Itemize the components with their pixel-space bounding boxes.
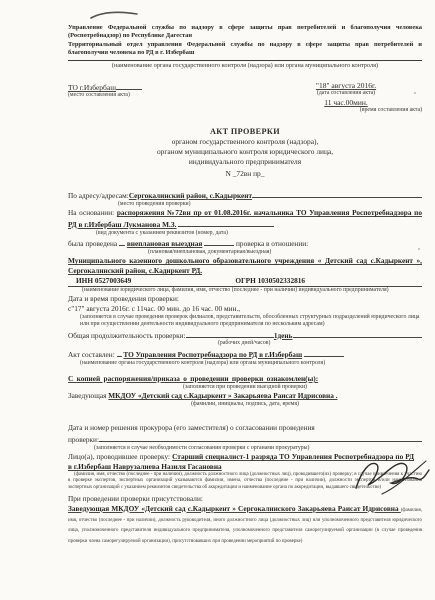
address-underline-fill bbox=[252, 189, 422, 198]
scanned-document-page: Управление Федеральной службы по надзору… bbox=[0, 0, 435, 600]
address-line: По адресу/адресам: Сергокалинский район,… bbox=[68, 189, 422, 201]
duration-line: Общая продолжительность проверки: 1день bbox=[68, 329, 422, 341]
act-date-value: "18" августа 2016г. bbox=[316, 81, 376, 90]
present-caption: (фамилия, имя, отчество (последнее - при… bbox=[68, 508, 422, 544]
inspection-datetime-caption: (заполняется в случае проведения проверо… bbox=[80, 314, 422, 329]
place-value: ТО г.Избербаш bbox=[68, 83, 116, 92]
ogrn-value: ОГРН 1030502332816 bbox=[235, 276, 305, 286]
meta-row: ТО г.Избербаш (место составления акта) "… bbox=[68, 81, 422, 114]
title-subline-2: органом муниципального контроля юридичес… bbox=[68, 147, 422, 157]
head-caption: (фамилии, инициалы, подпись, дата, время… bbox=[68, 401, 422, 408]
document-title-block: АКТ ПРОВЕРКИ органом государственного ко… bbox=[68, 126, 422, 179]
inspection-datetime-value: с"17" августа 2016г. с 11час. 00 мин. до… bbox=[68, 304, 422, 314]
datetime-block: "18" августа 2016г. (дата составления ак… bbox=[270, 81, 422, 114]
inn-ogrn-line: ИНН 0527003649 ОГРН 1030502332816 bbox=[68, 276, 422, 287]
conducted-line: была проведена внеплановая выездная пров… bbox=[68, 237, 422, 249]
inspector-label: Лицо(а), проводившее проверку: bbox=[68, 452, 172, 461]
conducted-fill-right bbox=[204, 237, 234, 246]
address-caption: (место проведения проверки) bbox=[118, 201, 422, 208]
conducted-label: была проведена bbox=[68, 239, 119, 248]
act-number: N _72вн пр_ bbox=[68, 168, 422, 179]
agency-header: Управление Федеральной службы по надзору… bbox=[68, 24, 422, 69]
act-date-caption: (дата составления акта) bbox=[270, 90, 422, 97]
place-underline-fill bbox=[116, 81, 142, 90]
duration-label: Общая продолжительность проверки: bbox=[68, 331, 186, 341]
agency-caption: (наименование органа государственного ко… bbox=[68, 62, 422, 70]
prosecutor-underline-fill bbox=[99, 433, 422, 442]
conducted-caption: (плановая/внеплановая, документарная/вые… bbox=[148, 249, 422, 256]
conducted-fill-left bbox=[119, 237, 125, 246]
basis-line: На основании: распоряжения №72вн пр от 0… bbox=[68, 208, 422, 230]
duration-fill-right bbox=[293, 329, 423, 338]
copy-ack-line: С копией распоряжения/приказа о проведен… bbox=[68, 374, 422, 384]
duration-value: 1день bbox=[274, 331, 293, 341]
act-time-caption: (время составления акта) bbox=[270, 107, 422, 114]
prosecutor-label: проверки: bbox=[68, 435, 99, 445]
inspection-datetime-label: Дата и время проведения проверки: bbox=[68, 294, 422, 304]
basis-underline-fill bbox=[178, 218, 274, 227]
address-value: Сергокалинский район, с.Кадыркент bbox=[129, 191, 252, 201]
organization-caption: (наименование юридического лица, фамилия… bbox=[82, 287, 422, 294]
document-title: АКТ ПРОВЕРКИ bbox=[68, 126, 422, 137]
composed-caption: (наименование органа государственного ко… bbox=[80, 360, 422, 367]
conducted-tail: проверка в отношении: bbox=[236, 239, 308, 248]
address-label: По адресу/адресам: bbox=[68, 191, 129, 201]
composed-value: ТО Управления Роспотребнадзора по РД в г… bbox=[123, 350, 302, 359]
header-rule bbox=[68, 60, 422, 61]
basis-label: На основании: bbox=[68, 208, 117, 217]
agency-name-line: Управление Федеральной службы по надзору… bbox=[68, 24, 422, 41]
inn-value: ИНН 0527003649 bbox=[76, 276, 131, 286]
title-subline-3: индивидуального предпринимателя bbox=[68, 157, 422, 167]
present-value: Заведующая МКДОУ «Детский сад с.Кадыркен… bbox=[68, 504, 401, 513]
basis-caption: (вид документа с указанием реквизитов (н… bbox=[96, 230, 422, 237]
composed-line: Акт составлен: ТО Управления Роспотребна… bbox=[68, 348, 422, 360]
title-subline-1: органом государственного контроля (надзо… bbox=[68, 137, 422, 147]
agency-territorial-line: Территориальный отдел управления Федерал… bbox=[68, 41, 422, 58]
composed-fill-left bbox=[117, 348, 122, 357]
organization-line: Муниципального казенного дошкольного обр… bbox=[68, 256, 422, 276]
duration-fill-left bbox=[186, 329, 274, 338]
head-value: МКДОУ «Детский сад с.Кадыркент » Закарья… bbox=[108, 391, 337, 400]
copy-ack-caption: (заполняется при проведении выездной про… bbox=[68, 384, 422, 391]
handwritten-signature-icon bbox=[352, 456, 432, 505]
prosecutor-line-1: Дата и номер решения прокурора (его заме… bbox=[68, 423, 422, 433]
organization-value: Муниципального казенного дошкольного обр… bbox=[68, 256, 422, 275]
place-caption: (место составления акта) bbox=[68, 92, 218, 99]
composed-label: Акт составлен: bbox=[68, 350, 117, 359]
present-line: Заведующая МКДОУ «Детский сад с.Кадыркен… bbox=[68, 504, 422, 545]
act-time-value: 11 час.00мин. bbox=[324, 98, 368, 107]
place-block: ТО г.Избербаш (место составления акта) bbox=[68, 81, 218, 114]
duration-caption: (рабочих дней/часов) bbox=[218, 340, 422, 347]
composed-fill-right bbox=[304, 348, 344, 357]
copy-ack-text: С копией распоряжения/приказа о проведен… bbox=[68, 374, 318, 383]
head-label: Заведующая bbox=[68, 391, 108, 400]
prosecutor-line-2: проверки: bbox=[68, 433, 422, 445]
head-line: Заведующая МКДОУ «Детский сад с.Кадыркен… bbox=[68, 391, 422, 401]
prosecutor-caption: (заполняется в случае необходимости согл… bbox=[94, 445, 422, 452]
conducted-value: внеплановая выездная bbox=[127, 239, 203, 248]
